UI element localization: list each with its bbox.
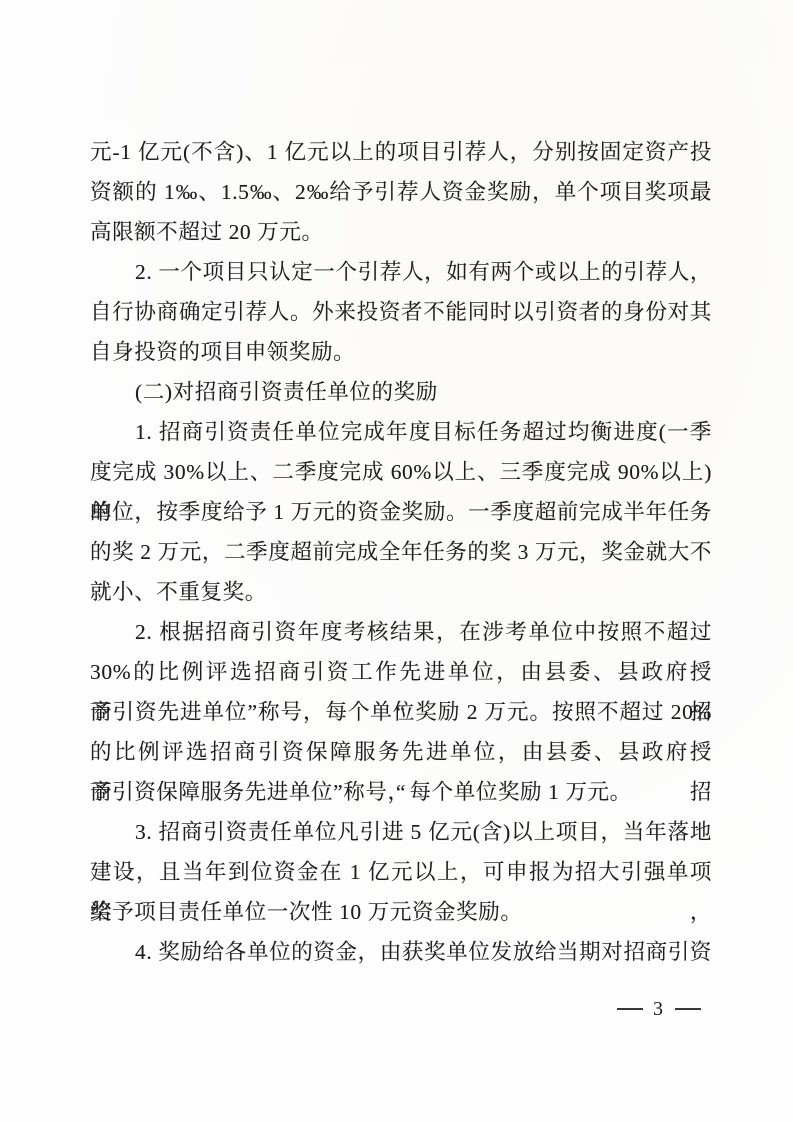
text-line: 度完成 30%以上、二季度完成 60%以上、三季度完成 90%以上)的 [90, 452, 712, 492]
text-line: 4. 奖励给各单位的资金，由获奖单位发放给当期对招商引资 [90, 932, 712, 972]
text-line: 单位，按季度给予 1 万元的资金奖励。一季度超前完成半年任务 [90, 492, 712, 532]
document-body: 元-1 亿元(不含)、1 亿元以上的项目引荐人，分别按固定资产投资额的 1‰、1… [90, 132, 712, 972]
text-line: 2. 根据招商引资年度考核结果，在涉考单位中按照不超过 [90, 612, 712, 652]
text-line: 资额的 1‰、1.5‰、2‰给予引荐人资金奖励，单个项目奖项最 [90, 172, 712, 212]
text-line: 建设，且当年到位资金在 1 亿元以上，可申报为招大引强单项奖， [90, 852, 712, 892]
text-line: 自身投资的项目申领奖励。 [90, 332, 712, 372]
text-line: 商引资先进单位”称号，每个单位奖励 2 万元。按照不超过 20% [90, 692, 712, 732]
text-line: 30%的比例评选招商引资工作先进单位，由县委、县政府授予“招 [90, 652, 712, 692]
footer-left-dash [617, 1008, 643, 1010]
document-page: 元-1 亿元(不含)、1 亿元以上的项目引荐人，分别按固定资产投资额的 1‰、1… [0, 0, 793, 1122]
text-line: (二)对招商引资责任单位的奖励 [90, 372, 712, 412]
text-line: 商引资保障服务先进单位”称号，每个单位奖励 1 万元。 [90, 772, 712, 812]
text-line: 自行协商确定引荐人。外来投资者不能同时以引资者的身份对其 [90, 292, 712, 332]
text-line: 3. 招商引资责任单位凡引进 5 亿元(含)以上项目，当年落地 [90, 812, 712, 852]
text-line: 的比例评选招商引资保障服务先进单位，由县委、县政府授予“招 [90, 732, 712, 772]
text-line: 高限额不超过 20 万元。 [90, 212, 712, 252]
page-number-footer: 3 [617, 992, 701, 1026]
text-line: 的奖 2 万元，二季度超前完成全年任务的奖 3 万元，奖金就大不 [90, 532, 712, 572]
text-line: 2. 一个项目只认定一个引荐人，如有两个或以上的引荐人， [90, 252, 712, 292]
text-line: 1. 招商引资责任单位完成年度目标任务超过均衡进度(一季 [90, 412, 712, 452]
text-line: 就小、不重复奖。 [90, 572, 712, 612]
page-number: 3 [653, 992, 665, 1026]
text-line: 元-1 亿元(不含)、1 亿元以上的项目引荐人，分别按固定资产投 [90, 132, 712, 172]
footer-right-dash [675, 1008, 701, 1010]
